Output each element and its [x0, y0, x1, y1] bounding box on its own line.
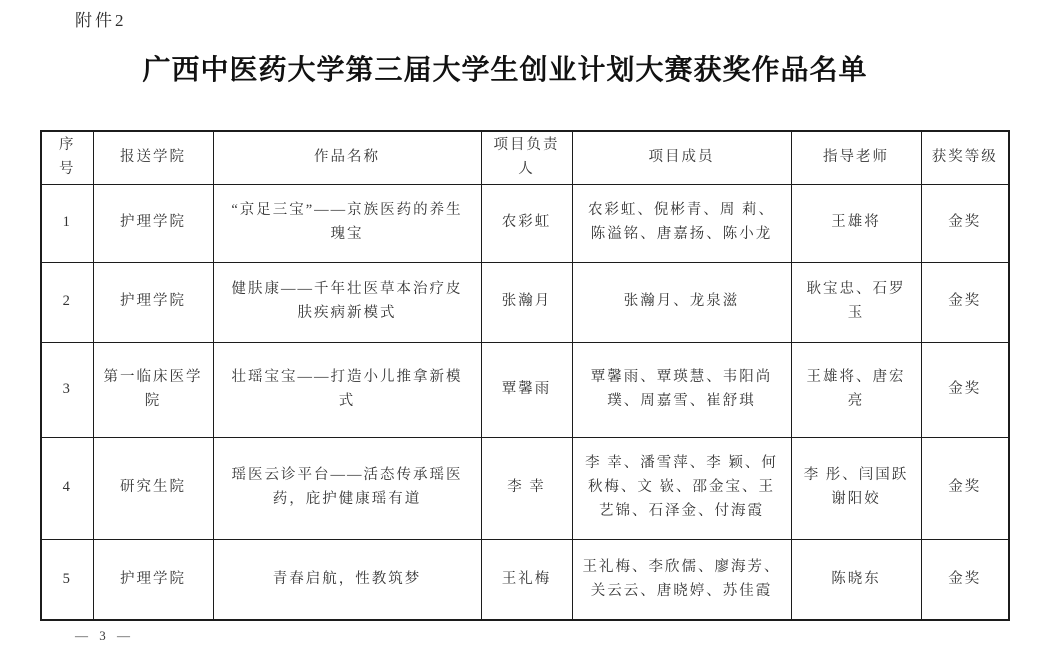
awards-table: 序号 报送学院 作品名称 项目负责人 项目成员 指导老师 获奖等级 1 护理学院…	[40, 130, 1010, 621]
cell-college: 护理学院	[93, 184, 213, 262]
column-header-advisors: 指导老师	[791, 131, 921, 184]
cell-award: 金奖	[921, 437, 1009, 539]
cell-advisors: 陈晓东	[791, 539, 921, 620]
cell-leader: 张瀚月	[481, 262, 572, 342]
column-header-serial: 序号	[41, 131, 93, 184]
cell-leader: 覃馨雨	[481, 342, 572, 437]
cell-leader: 王礼梅	[481, 539, 572, 620]
cell-work-title: 青春启航，性教筑梦	[213, 539, 481, 620]
cell-leader: 李 幸	[481, 437, 572, 539]
cell-advisors: 李 彤、闫国跃 谢阳姣	[791, 437, 921, 539]
cell-work-title: “京足三宝”——京族医药的养生瑰宝	[213, 184, 481, 262]
column-header-award: 获奖等级	[921, 131, 1009, 184]
cell-college: 护理学院	[93, 539, 213, 620]
cell-college: 护理学院	[93, 262, 213, 342]
table-row: 5 护理学院 青春启航，性教筑梦 王礼梅 王礼梅、李欣儒、廖海芳、关云云、唐晓婷…	[41, 539, 1009, 620]
cell-award: 金奖	[921, 342, 1009, 437]
cell-members: 张瀚月、龙泉滋	[572, 262, 791, 342]
cell-award: 金奖	[921, 262, 1009, 342]
column-header-leader: 项目负责人	[481, 131, 572, 184]
cell-serial: 5	[41, 539, 93, 620]
cell-serial: 4	[41, 437, 93, 539]
attachment-label: 附件2	[75, 6, 127, 31]
cell-leader: 农彩虹	[481, 184, 572, 262]
cell-work-title: 健肤康——千年壮医草本治疗皮肤疾病新模式	[213, 262, 481, 342]
page-number: — 3 —	[75, 628, 134, 644]
table-header-row: 序号 报送学院 作品名称 项目负责人 项目成员 指导老师 获奖等级	[41, 131, 1009, 184]
cell-members: 李 幸、潘雪萍、李 颖、何秋梅、文 嵚、邵金宝、王艺锦、石泽金、付海霞	[572, 437, 791, 539]
cell-work-title: 瑶医云诊平台——活态传承瑶医药，庇护健康瑶有道	[213, 437, 481, 539]
cell-advisors: 耿宝忠、石罗玉	[791, 262, 921, 342]
cell-members: 覃馨雨、覃瑛慧、韦阳尚璞、周嘉雪、崔舒琪	[572, 342, 791, 437]
cell-serial: 2	[41, 262, 93, 342]
cell-members: 农彩虹、倪彬青、周 莉、陈溢铭、唐嘉扬、陈小龙	[572, 184, 791, 262]
document-page: { "document": { "attachment_label": "附件2…	[0, 0, 1045, 657]
cell-members: 王礼梅、李欣儒、廖海芳、关云云、唐晓婷、苏佳霞	[572, 539, 791, 620]
table-row: 1 护理学院 “京足三宝”——京族医药的养生瑰宝 农彩虹 农彩虹、倪彬青、周 莉…	[41, 184, 1009, 262]
page-title: 广西中医药大学第三届大学生创业计划大赛获奖作品名单	[0, 48, 1010, 88]
cell-work-title: 壮瑶宝宝——打造小儿推拿新模式	[213, 342, 481, 437]
column-header-members: 项目成员	[572, 131, 791, 184]
cell-serial: 1	[41, 184, 93, 262]
column-header-college: 报送学院	[93, 131, 213, 184]
cell-serial: 3	[41, 342, 93, 437]
cell-college: 第一临床医学院	[93, 342, 213, 437]
table-row: 3 第一临床医学院 壮瑶宝宝——打造小儿推拿新模式 覃馨雨 覃馨雨、覃瑛慧、韦阳…	[41, 342, 1009, 437]
cell-award: 金奖	[921, 539, 1009, 620]
cell-advisors: 王雄将	[791, 184, 921, 262]
cell-advisors: 王雄将、唐宏亮	[791, 342, 921, 437]
column-header-work-title: 作品名称	[213, 131, 481, 184]
table-row: 4 研究生院 瑶医云诊平台——活态传承瑶医药，庇护健康瑶有道 李 幸 李 幸、潘…	[41, 437, 1009, 539]
table-row: 2 护理学院 健肤康——千年壮医草本治疗皮肤疾病新模式 张瀚月 张瀚月、龙泉滋 …	[41, 262, 1009, 342]
cell-college: 研究生院	[93, 437, 213, 539]
cell-award: 金奖	[921, 184, 1009, 262]
